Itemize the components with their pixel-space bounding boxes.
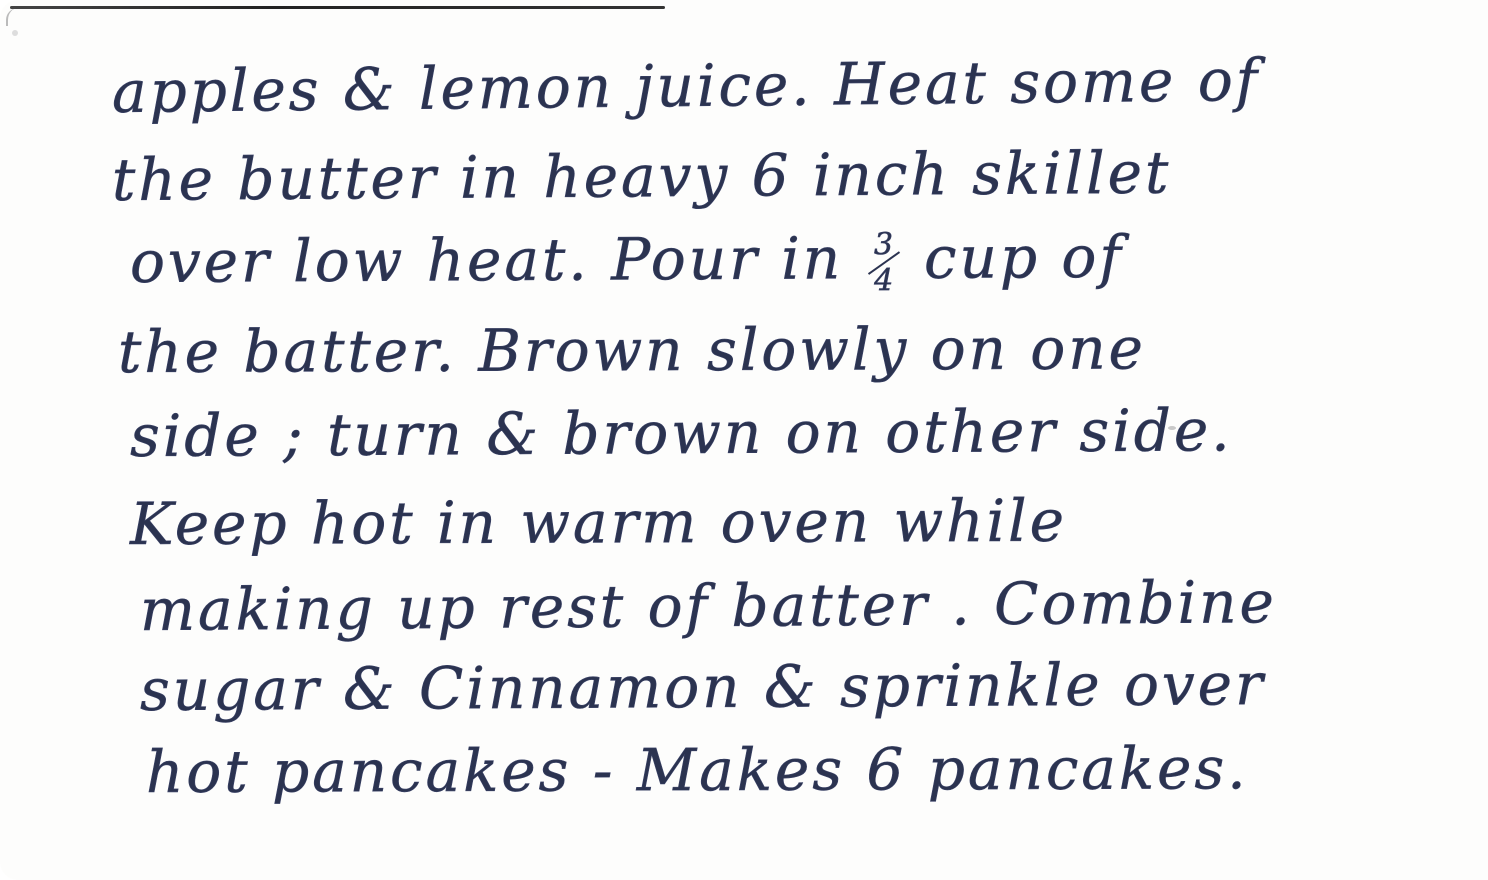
recipe-line-3-end: cup of	[902, 223, 1124, 292]
recipe-line-9: hot pancakes - Makes 6 pancakes.	[146, 734, 1249, 806]
recipe-line-3: over low heat. Pour in 34 cup of	[130, 223, 1124, 300]
card-top-rule	[10, 6, 665, 9]
card-corner-edge	[6, 8, 18, 26]
recipe-card: apples & lemon juice. Heat some of the b…	[0, 0, 1488, 880]
recipe-line-3-start: over low heat. Pour in	[130, 224, 865, 296]
paper-smudge	[12, 30, 18, 36]
recipe-line-2: the butter in heavy 6 inch skillet	[112, 139, 1172, 214]
fraction-three-quarters: 34	[864, 230, 902, 296]
paper-smudge	[1168, 426, 1176, 430]
recipe-line-7: making up rest of batter . Combine	[140, 568, 1277, 644]
recipe-line-6: Keep hot in warm oven while	[130, 487, 1067, 558]
recipe-line-1: apples & lemon juice. Heat some of	[112, 46, 1261, 126]
recipe-line-5: side ; turn & brown on other side.	[130, 396, 1233, 470]
recipe-line-8: sugar & Cinnamon & sprinkle over	[140, 650, 1266, 724]
recipe-line-4: the batter. Brown slowly on one	[118, 314, 1146, 386]
